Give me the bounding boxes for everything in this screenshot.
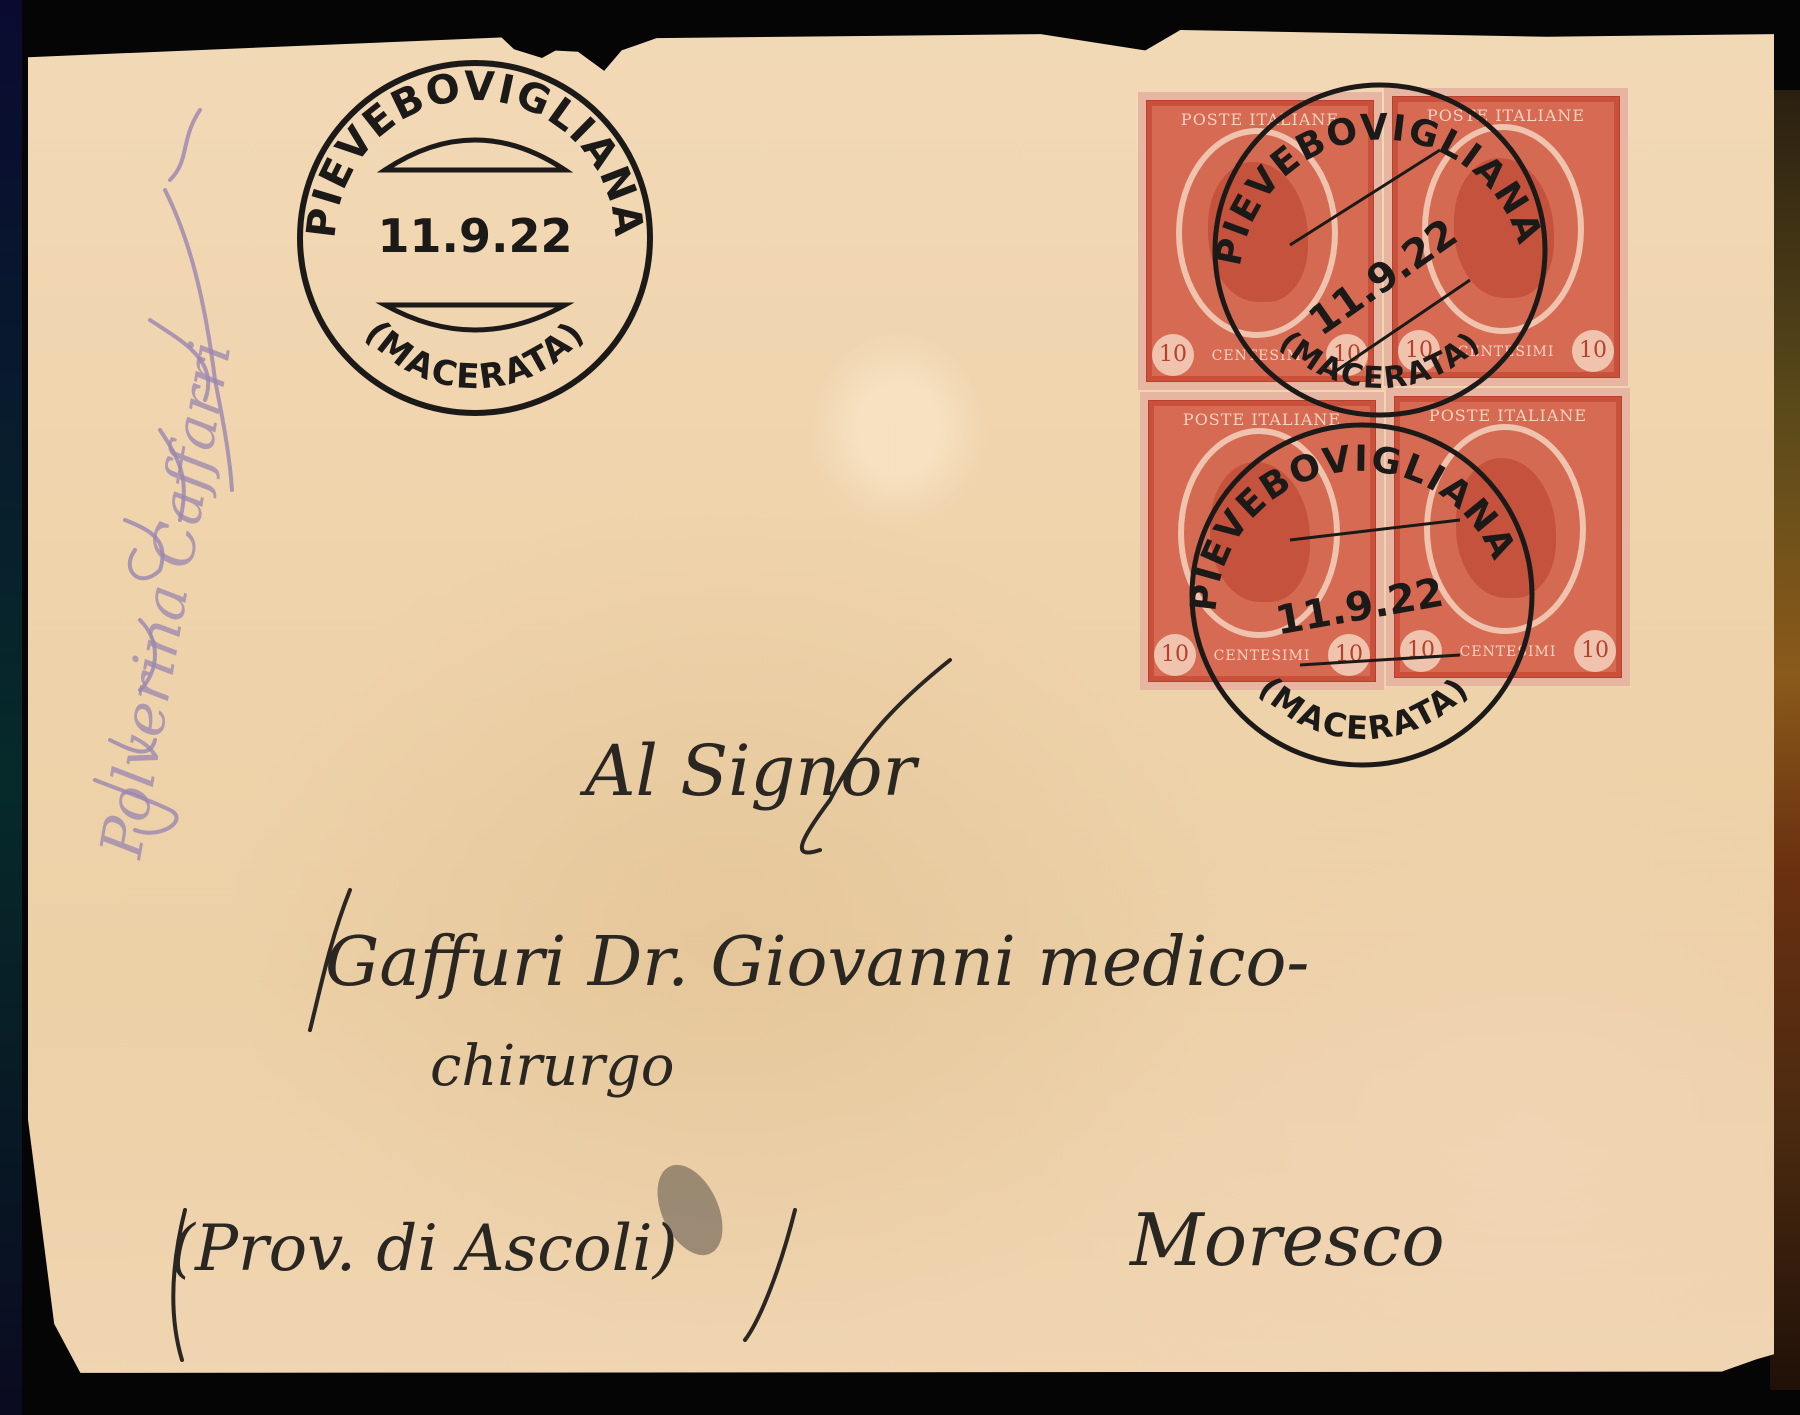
stamp-denomination: 10 xyxy=(1328,634,1370,676)
stamp-denomination: 10 xyxy=(1398,330,1440,372)
stamp-country-text: POSTE ITALIANE xyxy=(1138,110,1382,129)
stamp-bottom-right: POSTE ITALIANE CENTESIMI 10 10 xyxy=(1386,388,1630,686)
stamp-country-text: POSTE ITALIANE xyxy=(1386,406,1630,425)
stamp-top-left: POSTE ITALIANE CENTESIMI 10 10 xyxy=(1138,92,1382,390)
stamp-denomination: 10 xyxy=(1326,334,1368,376)
stamp-country-text: POSTE ITALIANE xyxy=(1384,106,1628,125)
stamp-top-right: POSTE ITALIANE CENTESIMI 10 10 xyxy=(1384,88,1628,386)
scan-background-left xyxy=(0,0,22,1415)
stamp-country-text: POSTE ITALIANE xyxy=(1140,410,1384,429)
stamp-denomination: 10 xyxy=(1400,630,1442,672)
stamp-bottom-left: POSTE ITALIANE CENTESIMI 10 10 xyxy=(1140,392,1384,690)
stamp-denomination: 10 xyxy=(1152,334,1194,376)
stamp-denomination: 10 xyxy=(1572,330,1614,372)
pencil-annotation: Polverina Caffarri xyxy=(40,100,270,860)
scan-background-right xyxy=(1770,90,1800,1390)
stamp-denomination: 10 xyxy=(1154,634,1196,676)
stamp-denomination: 10 xyxy=(1574,630,1616,672)
